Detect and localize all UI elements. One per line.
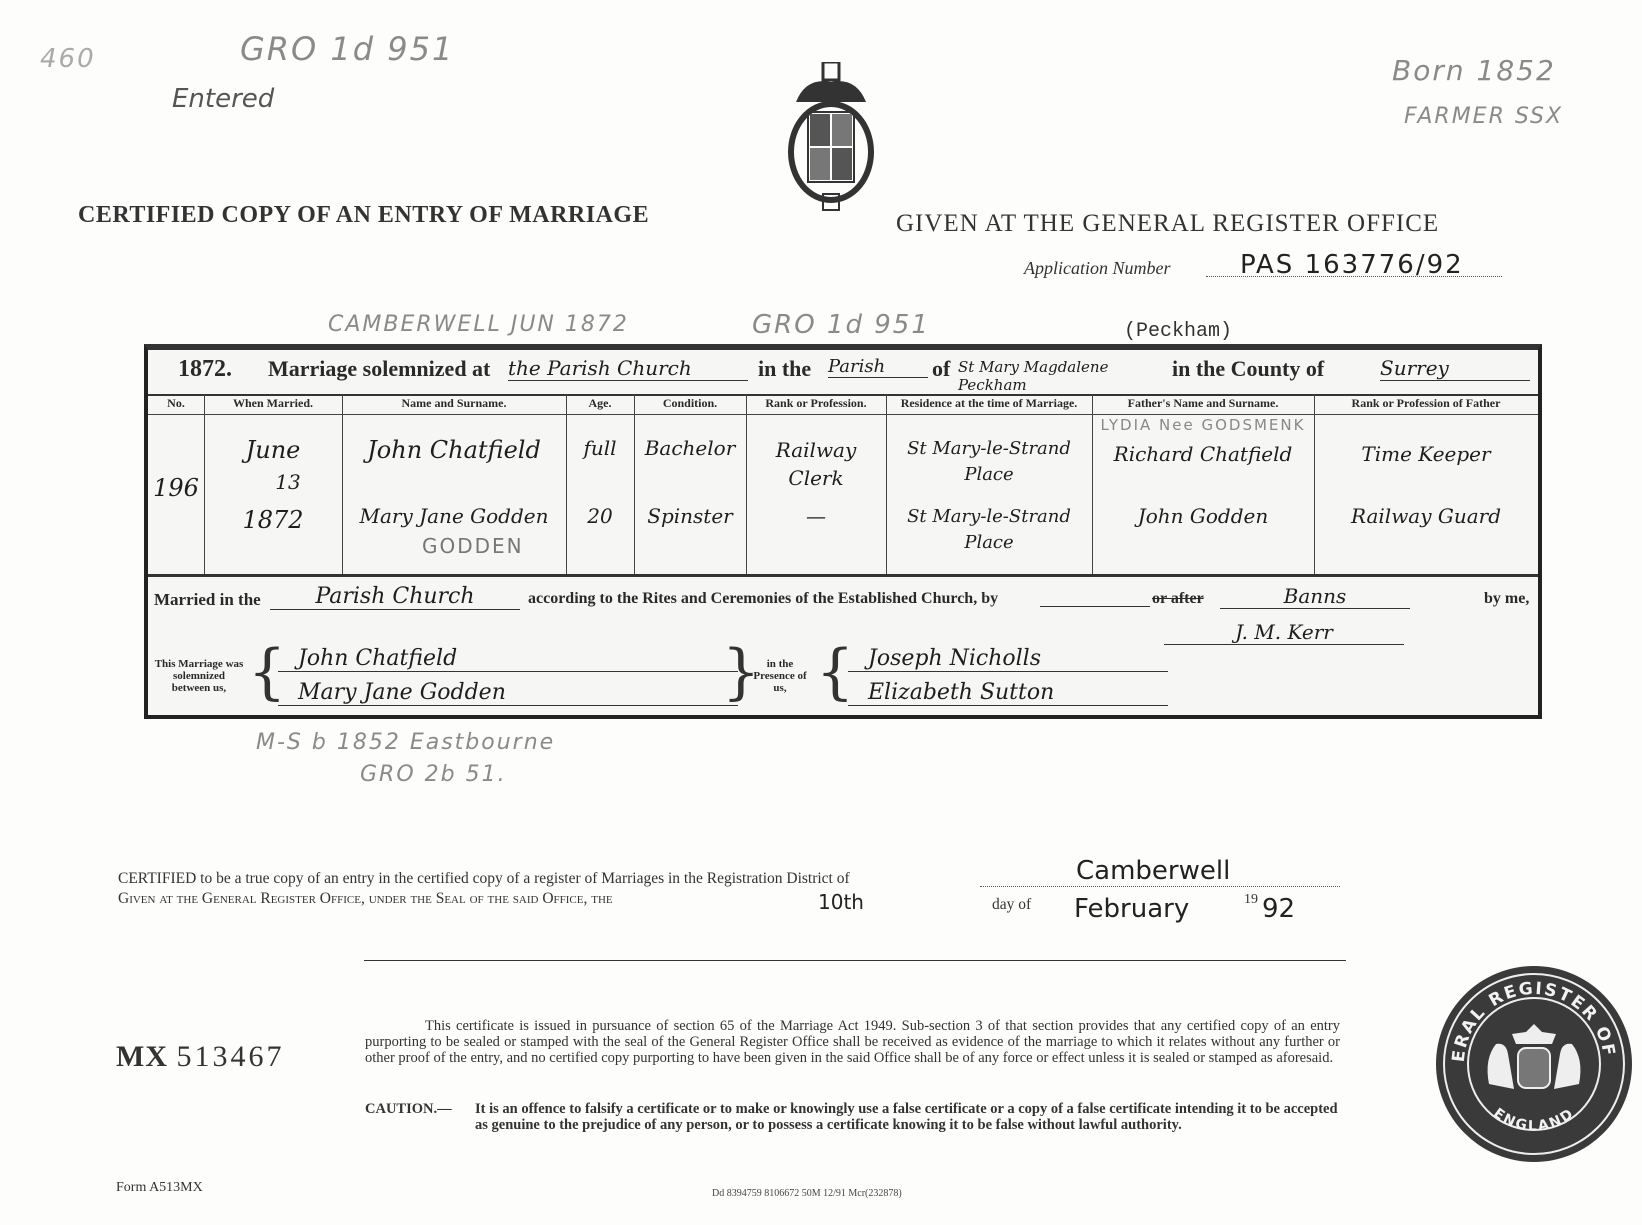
certification-line2: Given at the General Register Office, un… <box>118 890 613 908</box>
solemnized-between-label: This Marriage was solemnized between us, <box>154 658 244 694</box>
column-header-father-rank: Rank or Profession of Father <box>1314 396 1538 415</box>
bride-surname-note: GODDEN <box>422 534 562 558</box>
annotation-district: CAMBERWELL JUN 1872 <box>328 312 629 337</box>
bride-signature: Mary Jane Godden <box>278 680 738 706</box>
certification-month: February <box>1074 894 1189 924</box>
column-header-rank: Rank or Profession. <box>746 396 886 415</box>
application-number-label: Application Number <box>1024 258 1171 279</box>
register-year: 1872. <box>178 356 232 383</box>
annotation-gro: GRO 1d 951 <box>240 30 454 68</box>
annotation-birth: M-S b 1852 Eastbourne <box>256 730 555 755</box>
presence-label: in the Presence of us, <box>748 658 812 694</box>
county-value: Surrey <box>1380 356 1530 381</box>
groom-father-rank: Time Keeper <box>1318 442 1534 466</box>
bride-name: Mary Jane Godden <box>346 504 562 528</box>
district-line <box>980 886 1340 887</box>
register-header: 1872. Marriage solemnized at the Parish … <box>148 350 1538 396</box>
rites-text: according to the Rites and Ceremonies of… <box>528 590 998 608</box>
column-header-when: When Married. <box>204 396 342 415</box>
officiant-signature: J. M. Kerr <box>1164 620 1404 645</box>
column-header-name: Name and Surname. <box>342 396 566 415</box>
district-value: Camberwell <box>1076 856 1230 886</box>
entry-number: 196 <box>152 474 200 502</box>
solemnized-label: Marriage solemnized at <box>268 356 490 382</box>
parish-value: St Mary Magdalene Peckham <box>958 358 1168 395</box>
bride-condition: Spinster <box>638 504 742 528</box>
or-after-value: Banns <box>1220 584 1410 609</box>
marriage-year: 1872 <box>208 506 338 534</box>
or-after-label: or after <box>1152 590 1204 608</box>
married-in-label: Married in the <box>154 590 261 610</box>
caution-notice: CAUTION.— It is an offence to falsify a … <box>365 1101 1340 1133</box>
certificate-title: CERTIFIED COPY OF AN ENTRY OF MARRIAGE <box>78 202 649 229</box>
caution-label: CAUTION.— <box>365 1101 452 1117</box>
legal-notice: This certificate is issued in pursuance … <box>365 1018 1340 1066</box>
column-header-age: Age. <box>566 396 634 415</box>
year-suffix: 92 <box>1262 894 1295 924</box>
marriage-day: 13 <box>208 470 338 494</box>
in-the-value: Parish <box>828 356 928 378</box>
groom-condition: Bachelor <box>638 436 742 460</box>
certificate-serial: MX 513467 <box>116 1040 284 1074</box>
royal-crest-icon <box>786 62 876 212</box>
annotation-gro-table: GRO 1d 951 <box>752 310 930 340</box>
annotation-gro-birth: GRO 2b 51. <box>360 762 507 787</box>
serial-prefix: MX <box>116 1040 168 1073</box>
father-annotation: LYDIA Nee GODSMENK <box>1096 416 1310 434</box>
bride-rank: — <box>750 504 882 528</box>
bride-father: John Godden <box>1096 504 1310 528</box>
marriage-register-entry: 1872. Marriage solemnized at the Parish … <box>144 344 1542 719</box>
certification-line1: CERTIFIED to be a true copy of an entry … <box>118 870 850 888</box>
witness1-signature: Joseph Nicholls <box>848 646 1168 672</box>
column-header-father: Father's Name and Surname. <box>1092 396 1314 415</box>
bride-residence: St Mary-le-Strand Place <box>890 504 1088 556</box>
day-of-label: day of <box>992 896 1031 914</box>
bride-age: 20 <box>570 504 630 528</box>
signature-line <box>364 960 1346 961</box>
married-in-value: Parish Church <box>270 584 520 610</box>
groom-name: John Chatfield <box>346 436 562 464</box>
register-columns: No. 196 When Married. June 13 1872 Name … <box>148 394 1538 577</box>
application-number-value: PAS 163776/92 <box>1240 250 1464 280</box>
caution-text: It is an offence to falsify a certificat… <box>365 1101 1340 1133</box>
groom-age: full <box>570 436 630 460</box>
solemnized-at-value: the Parish Church <box>508 356 748 381</box>
in-the-label: in the <box>758 356 811 382</box>
annotation-born: Born 1852 <box>1392 54 1556 87</box>
column-header-no: No. <box>148 396 204 415</box>
groom-rank: Railway Clerk <box>750 436 882 492</box>
serial-number: 513467 <box>176 1040 284 1073</box>
groom-residence: St Mary-le-Strand Place <box>890 436 1088 488</box>
groom-father: Richard Chatfield <box>1096 442 1310 466</box>
column-header-residence: Residence at the time of Marriage. <box>886 396 1092 415</box>
form-number: Form A513MX <box>116 1180 203 1196</box>
year-prefix: 19 <box>1244 892 1258 908</box>
print-code: Dd 8394759 8106672 50M 12/91 Mcr(232878) <box>712 1188 902 1199</box>
county-label: in the County of <box>1172 356 1324 382</box>
annotation-farmer: FARMER SSX <box>1404 104 1563 129</box>
column-header-condition: Condition. <box>634 396 746 415</box>
by-me-label: by me, <box>1484 590 1529 608</box>
of-label: of <box>932 356 950 382</box>
register-footer: Married in the Parish Church according t… <box>148 576 1538 715</box>
bride-father-rank: Railway Guard <box>1318 504 1534 528</box>
gro-seal-icon: GENERAL REGISTER OFFICE ENGLAND <box>1434 964 1634 1164</box>
issuing-office-title: GIVEN AT THE GENERAL REGISTER OFFICE <box>896 210 1439 238</box>
witness2-signature: Elizabeth Sutton <box>848 680 1168 706</box>
typed-peckham: (Peckham) <box>1124 320 1232 343</box>
annotation-entered: Entered <box>172 84 274 114</box>
marriage-month: June <box>208 436 338 464</box>
groom-signature: John Chatfield <box>278 646 738 672</box>
licence-line <box>1040 606 1150 607</box>
certification-day: 10th <box>818 890 864 914</box>
annotation-number: 460 <box>40 44 96 74</box>
